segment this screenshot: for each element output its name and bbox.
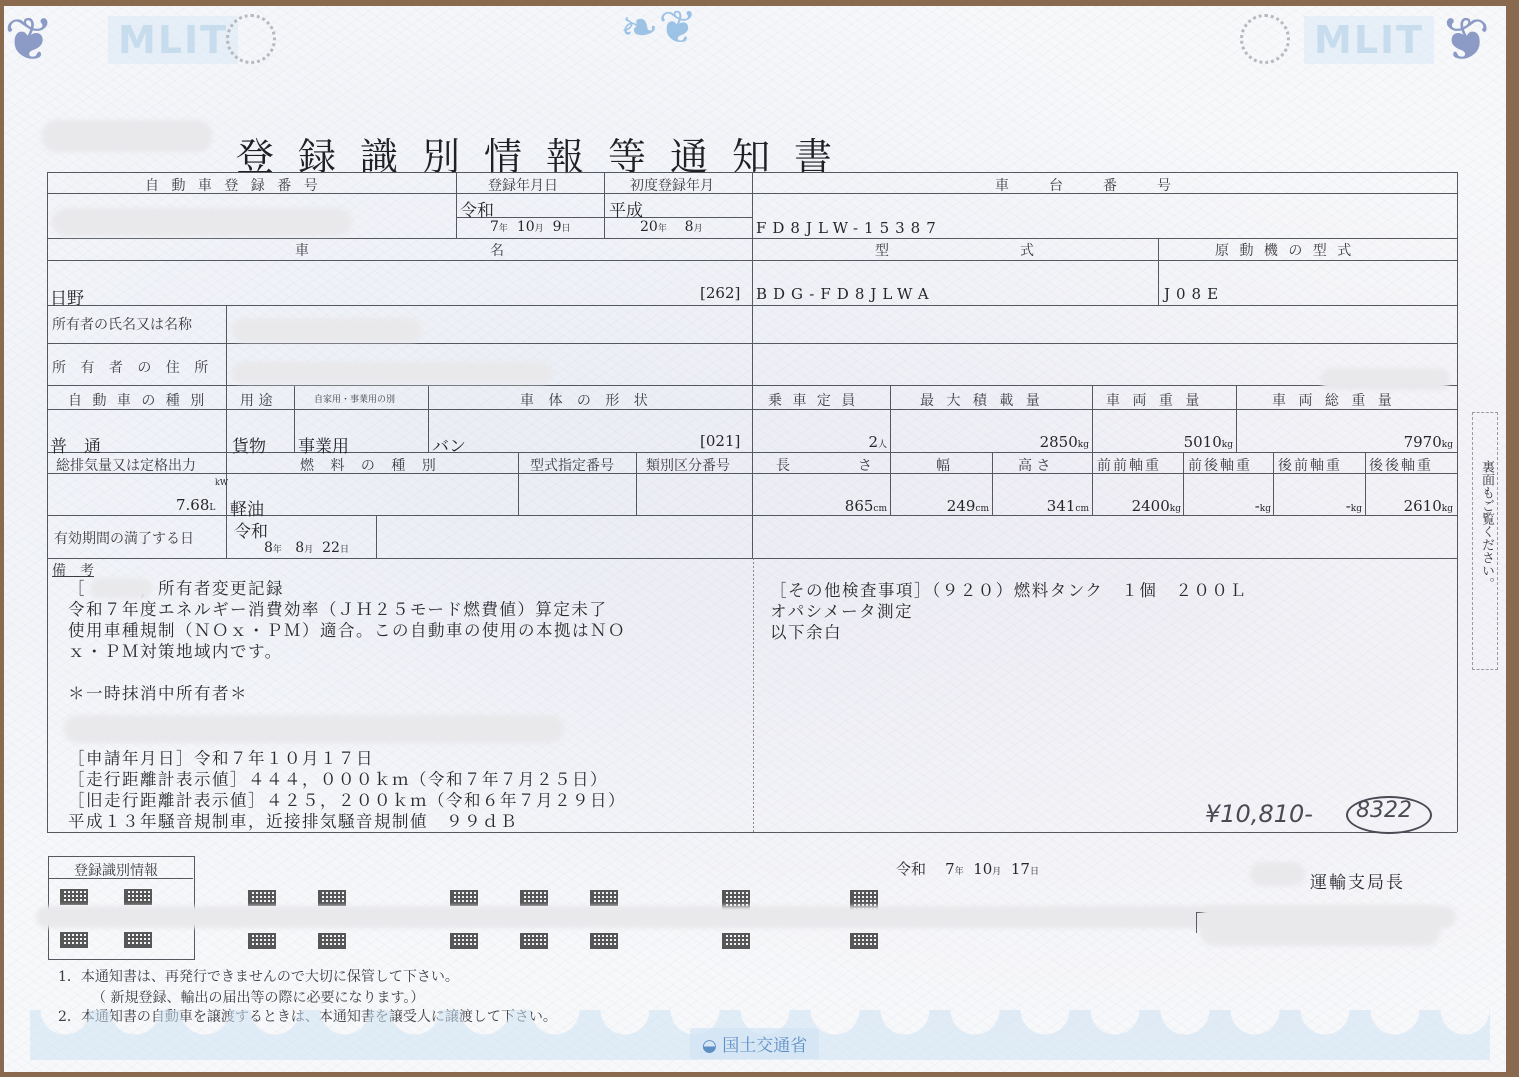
ff-axle-value: 2400kg (1132, 497, 1181, 515)
code-icon (520, 890, 548, 906)
max-load-label: 最 大 積 載 量 (920, 390, 1044, 410)
seal-redacted (1200, 906, 1440, 946)
vehicle-name-label-right: 名 (490, 240, 504, 260)
max-load-value: 2850kg (1040, 433, 1089, 451)
private-business-label: 自家用・事業用の別 (314, 392, 395, 405)
vehicle-weight-label: 車 両 重 量 (1106, 390, 1203, 410)
width-value: 249cm (947, 497, 989, 515)
issuer-title: 運輸支局長 (1310, 868, 1405, 893)
use-value: 貨物 (232, 432, 266, 457)
registration-date-label: 登録年月日 (488, 175, 558, 195)
use-label: 用 途 (240, 390, 272, 410)
displacement-value: 7.68L (176, 496, 215, 514)
fuel-label: 燃 料 の 種 別 (300, 455, 442, 475)
vehicle-name-label-left: 車 (295, 240, 309, 260)
code-icon (590, 933, 618, 949)
body-shape-code: [021] (700, 432, 740, 450)
code-icon (450, 890, 478, 906)
center-flourish-icon: ❧❦ (620, 4, 697, 50)
private-business-value: 事業用 (298, 432, 349, 457)
corner-flourish-icon: ❦ (1440, 10, 1490, 70)
issue-date: 令和 7年 10月 17日 (896, 858, 1039, 879)
handwritten-fee: ¥10,810- (1205, 800, 1313, 828)
owner-address-label: 所 有 者 の 住 所 (52, 357, 213, 377)
first-registration-era: 平成 (609, 196, 643, 221)
code-icon (520, 933, 548, 949)
code-icon (450, 933, 478, 949)
fr-axle-value: -kg (1255, 497, 1271, 515)
first-registration-label: 初度登録年月 (630, 175, 714, 195)
displacement-label: 総排気量又は定格出力 (56, 455, 196, 475)
engine-model-value: J08E (1164, 285, 1224, 303)
redacted-area (90, 578, 152, 598)
handwritten-circled-number: 8322 (1356, 798, 1412, 823)
width-label: 幅 (936, 455, 950, 475)
redacted-area (64, 715, 564, 743)
mlit-watermark-right: MLIT (1304, 16, 1434, 64)
issuer-name-redacted (1250, 862, 1305, 886)
fr-axle-label: 前後軸重 (1188, 455, 1252, 475)
height-label: 高 さ (1018, 455, 1050, 475)
side-note: 裏面もご覧ください。 (1478, 460, 1494, 590)
remarks-left: ［ ，所有者変更記録 令和７年度エネルギー消費効率（ＪＨ２５モード燃費値）算定未… (68, 578, 626, 704)
rr-axle-label: 後後軸重 (1369, 455, 1433, 475)
model-value: BDG-FD8JLWA (756, 285, 935, 303)
ff-axle-label: 前前軸重 (1097, 455, 1161, 475)
kw-unit: kW (215, 478, 228, 487)
code-icon (850, 933, 878, 949)
expiry-value: 8年 8月 22日 (264, 540, 349, 556)
emblem-icon (226, 14, 276, 64)
model-label-right: 式 (1020, 240, 1034, 260)
owner-address-redacted (232, 362, 552, 384)
body-shape-value: バン (432, 432, 466, 457)
code-icon (60, 889, 88, 905)
corner-flourish-icon: ❦ (4, 10, 54, 70)
code-icon (124, 889, 152, 905)
code-icon (722, 933, 750, 949)
registration-date-value: 7年 10月 9日 (490, 219, 571, 235)
mlit-watermark-left: MLIT (108, 16, 238, 64)
remarks-bottom: ［申請年月日］令和７年１０月１７日 ［走行距離計表示値］４４４，０００ｋｍ（令和… (68, 748, 626, 832)
gross-weight-label: 車 両 総 重 量 (1272, 390, 1396, 410)
model-label-left: 型 (875, 240, 889, 260)
note-1: 1．本通知書は、再発行できませんので大切に保管して下さい。 (58, 966, 459, 986)
owner-name-label: 所有者の氏名又は名称 (52, 314, 192, 334)
code-icon (60, 932, 88, 948)
remarks-right: ［その他検査事項］（９２０）燃料タンク １個 ２００Ｌ オパシメータ測定 以下余… (770, 580, 1247, 643)
rf-axle-label: 後前軸重 (1278, 455, 1342, 475)
first-registration-value: 20年 8月 (640, 219, 703, 235)
vehicle-type-label: 自 動 車 の 種 別 (68, 390, 207, 410)
rf-axle-value: -kg (1346, 497, 1362, 515)
ministry-logo: ◒ 国土交通省 (690, 1028, 819, 1059)
capacity-value: 2人 (868, 433, 887, 451)
code-icon (124, 932, 152, 948)
redacted-area (1320, 368, 1450, 390)
length-value: 865cm (845, 497, 887, 515)
expiry-label: 有効期間の満了する日 (54, 528, 194, 548)
length-label-b: さ (858, 455, 872, 475)
length-label-a: 長 (776, 455, 790, 475)
rr-axle-value: 2610kg (1404, 497, 1453, 515)
code-icon (590, 890, 618, 906)
vehicle-type-value: 普 通 (50, 432, 101, 457)
registration-number-redacted (52, 208, 352, 236)
vehicle-name-code: [262] (700, 284, 740, 302)
code-icon (248, 933, 276, 949)
gross-weight-value: 7970kg (1404, 433, 1453, 451)
code-icon (318, 890, 346, 906)
category-label: 類別区分番号 (646, 455, 730, 475)
engine-model-label: 原 動 機 の 型 式 (1215, 240, 1354, 260)
capacity-label: 乗 車 定 員 (768, 390, 858, 410)
owner-name-redacted (232, 318, 422, 342)
height-value: 341cm (1047, 497, 1089, 515)
note-1-sub: （ 新規登録、輸出の届出等の際に必要になります。） (92, 987, 424, 1007)
registration-date-era: 令和 (460, 196, 494, 221)
registration-number-label: 自 動 車 登 録 番 号 (145, 175, 322, 195)
body-shape-label: 車 体 の 形 状 (520, 390, 653, 410)
type-designation-label: 型式指定番号 (530, 455, 614, 475)
vehicle-name-value: 日野 (50, 284, 84, 309)
emblem-icon (1240, 14, 1290, 64)
vehicle-weight-value: 5010kg (1184, 433, 1233, 451)
code-icon (248, 890, 276, 906)
remarks-label: 備 考 (52, 560, 94, 580)
redacted-area (42, 120, 212, 152)
chassis-number-label: 車 台 番 号 (995, 175, 1175, 195)
code-icon (318, 933, 346, 949)
chassis-number: FD8JLW-15387 (756, 219, 942, 237)
registration-info-label: 登録識別情報 (74, 860, 158, 880)
expiry-era: 令和 (234, 517, 268, 542)
ministry-emblem-icon: ◒ (702, 1036, 722, 1056)
